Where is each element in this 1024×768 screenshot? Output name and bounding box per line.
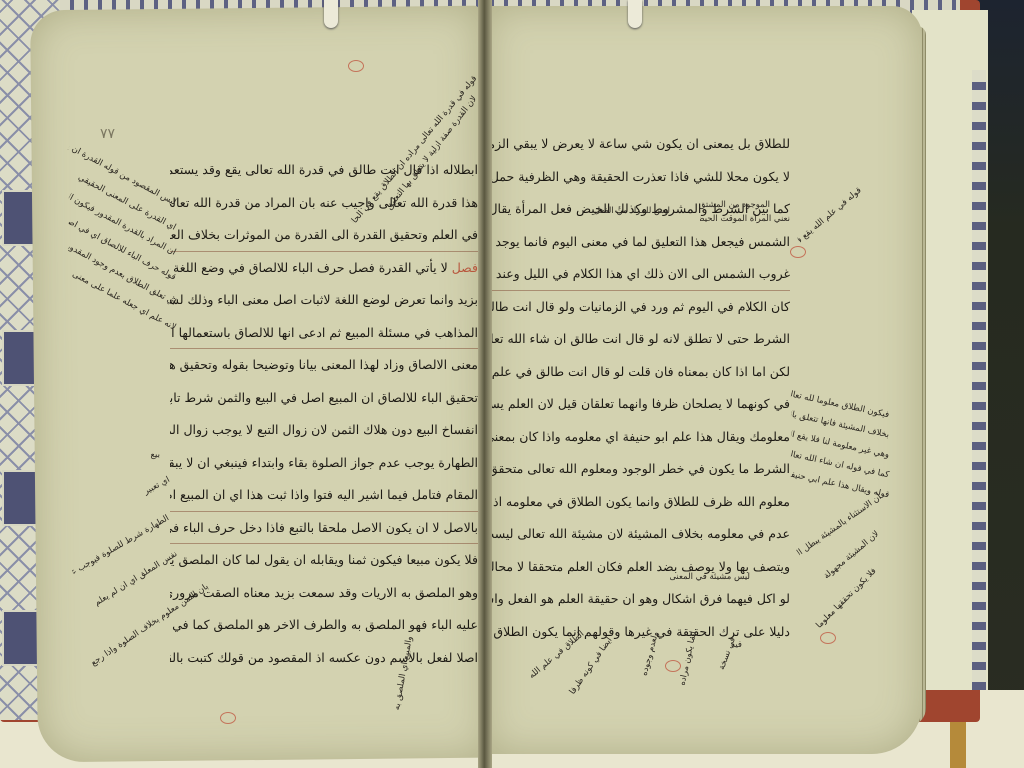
red-annotation-mark <box>665 660 681 672</box>
red-annotation-mark <box>820 632 836 644</box>
text-line: هذا قدرة الله تعالى واجيب عنه بان المراد… <box>170 187 478 220</box>
text-line: كان الكلام في اليوم ثم ورد في الزمانيات … <box>490 291 790 324</box>
small-mark: فيه <box>722 640 742 651</box>
text-line: فصل لا يأتي القدرة فصل حرف الباء للالصاق… <box>170 252 478 285</box>
text-line: عليه الباء فهو الملصق به والطرف الاخر هو… <box>170 609 478 642</box>
text-line: لو اكل فيهما فرق اشكال وهو ان حقيقة العل… <box>490 583 790 616</box>
endpaper-pattern-strip <box>972 70 986 690</box>
text-line: الشرط حتى لا تطلق لانه لو قال انت طالق ا… <box>490 323 790 356</box>
text-line: لا يكون محلا للشي فاذا تعذرت الحقيقة وهي… <box>490 161 790 194</box>
text-line: انفساخ البيع دون هلاك الثمن لان زوال الت… <box>170 414 478 447</box>
text-line: للطلاق بل يمعنى ان يكون شي ساعة لا يعرض … <box>490 128 790 161</box>
text-line: تحقيق الباء للالصاق ان المبيع اصل في الب… <box>170 382 478 415</box>
text-line: بالاصل لا ان يكون الاصل ملحقا بالتبع فاذ… <box>170 512 478 545</box>
marginal-note: بيع <box>140 450 160 461</box>
text-line: وهو الملصق به الاريات وقد سمعت بزيد معنا… <box>170 577 478 610</box>
text-line: معلومك ويقال هذا علم ابو حنيفة اي معلومه… <box>490 421 790 454</box>
red-annotation-mark <box>348 60 364 72</box>
floral-tile <box>2 610 40 666</box>
interlinear-gloss: نعني المرأة الموقت الحيض فلا يصح <box>700 214 790 225</box>
book-gutter <box>478 0 492 768</box>
text-line: معلوم الله ظرف للطلاق وانما يكون الطلاق … <box>490 486 790 519</box>
red-annotation-mark <box>220 712 236 724</box>
text-line: الشمس فيجعل هذا التعليق لما في معنى اليو… <box>490 226 790 259</box>
text-line: المذاهب في مسئلة المبيع ثم ادعى انها للا… <box>170 317 478 350</box>
left-main-text: ابطلاله اذا قال انت طالق في قدرة الله تع… <box>170 154 478 674</box>
text-line: دليلا على ترك الحقيقة في غيرها وقولهم ان… <box>490 616 790 649</box>
text-line: الشرط ما يكون في خطر الوجود ومعلوم الله … <box>490 453 790 486</box>
text-line: في كونهما لا يصلحان ظرفا وانهما تعلقان ق… <box>490 388 790 421</box>
text-line: غروب الشمس الى الان ذلك اي هذا الكلام في… <box>490 258 790 291</box>
page-holder-peg <box>628 0 642 28</box>
text-line: لكن اما اذا كان بمعناه فان قلت لو قال ان… <box>490 356 790 389</box>
text-line: بزيد وانما تعرض لوضع اللغة لاثبات اصل مع… <box>170 284 478 317</box>
folio-number: ٧٧ <box>100 126 115 142</box>
text-line: معنى الالصاق وزاد لهذا المعنى بيانا وتوض… <box>170 349 478 382</box>
interlinear-gloss: الموجود من المشتق <box>690 200 770 211</box>
rubric-word: فصل <box>452 260 478 275</box>
text-line: الطهارة يوجب عدم جواز الصلوة بقاء وابتدا… <box>170 447 478 480</box>
page-holder-peg <box>324 0 338 28</box>
text-line: فلا يكون مبيعا فيكون ثمنا ويقابله ان يقو… <box>170 544 478 577</box>
text-line: اصلا لفعل بالاسم دون عكسه اذ المقصود من … <box>170 642 478 675</box>
text-line: في العلم وتحقيق القدرة الى القدرة من الم… <box>170 219 478 252</box>
interlinear-gloss: ليس للمراد من الفعل <box>590 206 670 217</box>
text-line: المقام فتامل فيما اشير اليه فتوا واذا ثب… <box>170 479 478 512</box>
red-annotation-mark <box>790 246 806 258</box>
text-line: عدم في معلومه بخلاف المشيئة لان مشيئة ال… <box>490 518 790 551</box>
interlinear-gloss: ليس مشيئة في المعنى <box>670 572 750 583</box>
